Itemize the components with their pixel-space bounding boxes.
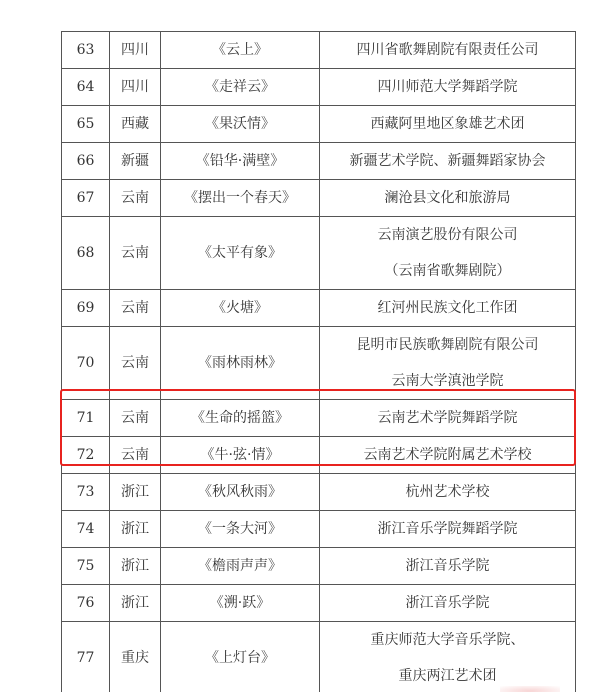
organization-line: 云南大学滇池学院 (320, 363, 575, 399)
row-number: 74 (62, 511, 110, 548)
organization-line: 云南艺术学院附属艺术学校 (320, 437, 575, 473)
work-title-cell: 《上灯台》 (161, 622, 320, 692)
work-title-cell: 《牛·弦·情》 (161, 437, 320, 474)
work-title-cell: 《火塘》 (161, 290, 320, 327)
work-title-cell: 《一条大河》 (161, 511, 320, 548)
organization-line: 澜沧县文化和旅游局 (320, 180, 575, 216)
province-cell: 新疆 (110, 143, 161, 180)
table-row: 69 云南 《火塘》 红河州民族文化工作团 (62, 290, 576, 327)
row-number: 77 (62, 622, 110, 692)
organization-cell: 云南艺术学院附属艺术学校 (320, 437, 576, 474)
table-row: 73 浙江 《秋风秋雨》 杭州艺术学校 (62, 474, 576, 511)
decorative-smudge (500, 686, 560, 692)
work-title-cell: 《摆出一个春天》 (161, 180, 320, 217)
organization-cell: 杭州艺术学校 (320, 474, 576, 511)
row-number: 66 (62, 143, 110, 180)
province-cell: 浙江 (110, 548, 161, 585)
work-title-cell: 《溯·跃》 (161, 585, 320, 622)
work-title-cell: 《生命的摇篮》 (161, 400, 320, 437)
work-title-cell: 《太平有象》 (161, 217, 320, 290)
province-cell: 云南 (110, 327, 161, 400)
province-cell: 云南 (110, 400, 161, 437)
table-row: 75 浙江 《檐雨声声》 浙江音乐学院 (62, 548, 576, 585)
organization-line: 杭州艺术学校 (320, 474, 575, 510)
province-cell: 浙江 (110, 511, 161, 548)
program-list-table: 63 四川 《云上》 四川省歌舞剧院有限责任公司 64 四川 《走祥云》 四川师… (61, 31, 576, 692)
row-number: 64 (62, 69, 110, 106)
organization-line: 浙江音乐学院 (320, 585, 575, 621)
province-cell: 四川 (110, 32, 161, 69)
row-number: 73 (62, 474, 110, 511)
organization-cell: 西藏阿里地区象雄艺术团 (320, 106, 576, 143)
organization-line: 云南演艺股份有限公司 (320, 217, 575, 253)
table-row: 68 云南 《太平有象》 云南演艺股份有限公司 （云南省歌舞剧院） (62, 217, 576, 290)
table-row: 70 云南 《雨林雨林》 昆明市民族歌舞剧院有限公司 云南大学滇池学院 (62, 327, 576, 400)
row-number: 68 (62, 217, 110, 290)
organization-line: 重庆师范大学音乐学院、 (320, 622, 575, 658)
organization-cell: 浙江音乐学院 (320, 585, 576, 622)
organization-line: 浙江音乐学院舞蹈学院 (320, 511, 575, 547)
work-title-cell: 《云上》 (161, 32, 320, 69)
organization-cell: 澜沧县文化和旅游局 (320, 180, 576, 217)
organization-line: （云南省歌舞剧院） (320, 253, 575, 289)
province-cell: 云南 (110, 290, 161, 327)
row-number: 69 (62, 290, 110, 327)
province-cell: 四川 (110, 69, 161, 106)
province-cell: 云南 (110, 437, 161, 474)
table-row: 66 新疆 《铅华·满壁》 新疆艺术学院、新疆舞蹈家协会 (62, 143, 576, 180)
row-number: 72 (62, 437, 110, 474)
row-number: 76 (62, 585, 110, 622)
organization-line: 浙江音乐学院 (320, 548, 575, 584)
work-title-cell: 《果沃情》 (161, 106, 320, 143)
row-number: 71 (62, 400, 110, 437)
organization-line: 云南艺术学院舞蹈学院 (320, 400, 575, 436)
organization-cell: 昆明市民族歌舞剧院有限公司 云南大学滇池学院 (320, 327, 576, 400)
table-row: 67 云南 《摆出一个春天》 澜沧县文化和旅游局 (62, 180, 576, 217)
work-title-cell: 《秋风秋雨》 (161, 474, 320, 511)
row-number: 65 (62, 106, 110, 143)
work-title-cell: 《铅华·满壁》 (161, 143, 320, 180)
table-row: 72 云南 《牛·弦·情》 云南艺术学院附属艺术学校 (62, 437, 576, 474)
work-title-cell: 《雨林雨林》 (161, 327, 320, 400)
table-row: 76 浙江 《溯·跃》 浙江音乐学院 (62, 585, 576, 622)
province-cell: 云南 (110, 180, 161, 217)
row-number: 67 (62, 180, 110, 217)
work-title-cell: 《檐雨声声》 (161, 548, 320, 585)
organization-line: 四川省歌舞剧院有限责任公司 (320, 32, 575, 68)
row-number: 70 (62, 327, 110, 400)
province-cell: 浙江 (110, 474, 161, 511)
table-row: 77 重庆 《上灯台》 重庆师范大学音乐学院、 重庆两江艺术团 (62, 622, 576, 692)
work-title-cell: 《走祥云》 (161, 69, 320, 106)
organization-cell: 四川师范大学舞蹈学院 (320, 69, 576, 106)
table-row: 65 西藏 《果沃情》 西藏阿里地区象雄艺术团 (62, 106, 576, 143)
organization-line: 新疆艺术学院、新疆舞蹈家协会 (320, 143, 575, 179)
organization-cell: 红河州民族文化工作团 (320, 290, 576, 327)
organization-cell: 重庆师范大学音乐学院、 重庆两江艺术团 (320, 622, 576, 692)
organization-line: 西藏阿里地区象雄艺术团 (320, 106, 575, 142)
organization-cell: 四川省歌舞剧院有限责任公司 (320, 32, 576, 69)
organization-line: 四川师范大学舞蹈学院 (320, 69, 575, 105)
organization-line: 红河州民族文化工作团 (320, 290, 575, 326)
province-cell: 云南 (110, 217, 161, 290)
table-row: 63 四川 《云上》 四川省歌舞剧院有限责任公司 (62, 32, 576, 69)
table-row: 74 浙江 《一条大河》 浙江音乐学院舞蹈学院 (62, 511, 576, 548)
organization-line: 昆明市民族歌舞剧院有限公司 (320, 327, 575, 363)
province-cell: 浙江 (110, 585, 161, 622)
row-number: 75 (62, 548, 110, 585)
organization-cell: 浙江音乐学院舞蹈学院 (320, 511, 576, 548)
province-cell: 重庆 (110, 622, 161, 692)
table-row: 64 四川 《走祥云》 四川师范大学舞蹈学院 (62, 69, 576, 106)
organization-cell: 云南演艺股份有限公司 （云南省歌舞剧院） (320, 217, 576, 290)
organization-cell: 新疆艺术学院、新疆舞蹈家协会 (320, 143, 576, 180)
row-number: 63 (62, 32, 110, 69)
organization-cell: 浙江音乐学院 (320, 548, 576, 585)
province-cell: 西藏 (110, 106, 161, 143)
organization-cell: 云南艺术学院舞蹈学院 (320, 400, 576, 437)
table-row: 71 云南 《生命的摇篮》 云南艺术学院舞蹈学院 (62, 400, 576, 437)
